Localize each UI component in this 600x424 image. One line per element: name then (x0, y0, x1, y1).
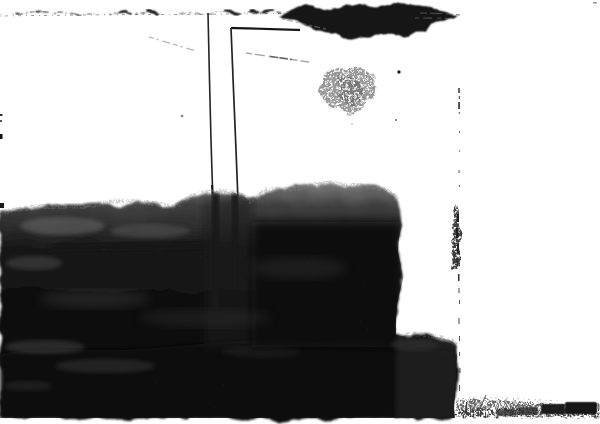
mass-grain-overlay (0, 185, 458, 420)
mass-inner-texture (0, 185, 458, 420)
scanned-abstract-image (0, 0, 600, 424)
corner-tick (593, 2, 597, 4)
large-ink-mass (0, 183, 458, 420)
column-scribble-zone (451, 208, 461, 270)
print-canvas (0, 0, 600, 424)
